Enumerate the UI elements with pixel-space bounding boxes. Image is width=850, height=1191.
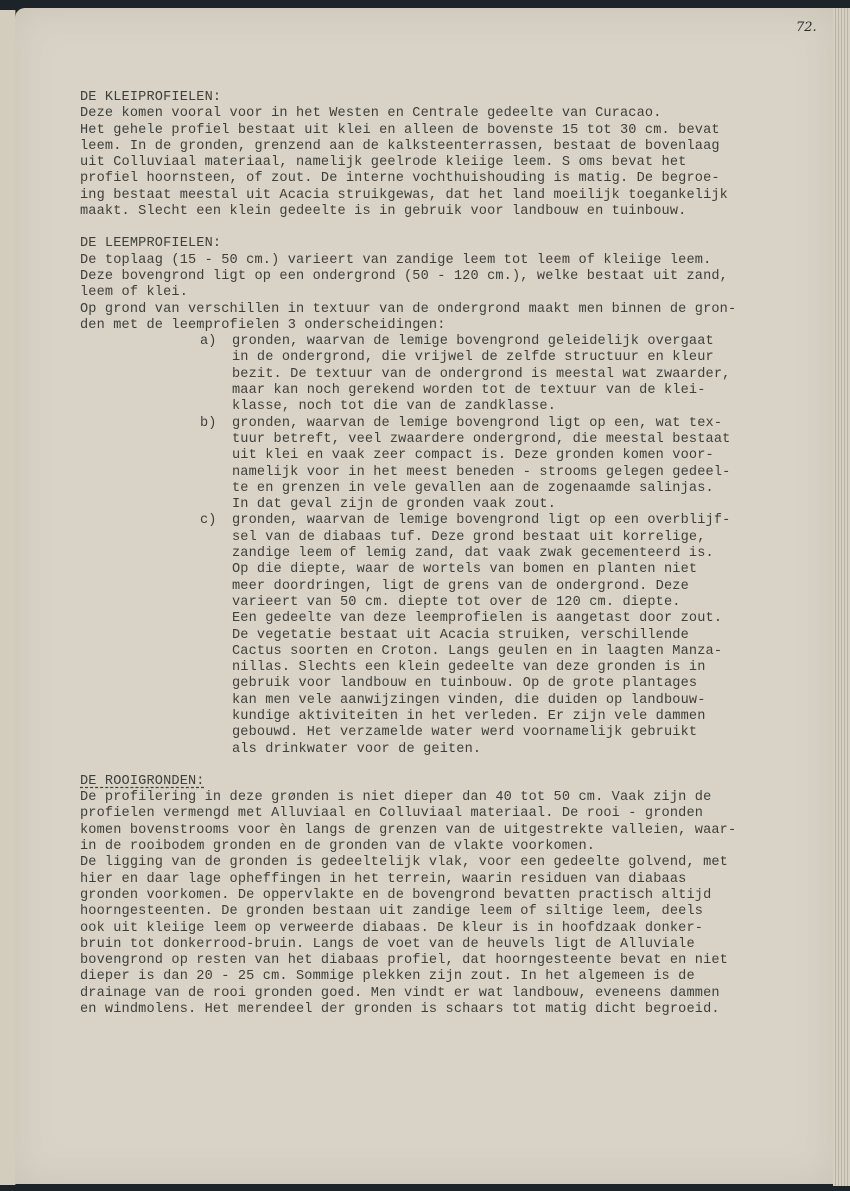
list-item: a) gronden, waarvan de lemige bovengrond… [200, 334, 800, 415]
list-item-text: gronden, waarvan de lemige bovengrond ge… [232, 334, 730, 415]
list-item-text: gronden, waarvan de lemige bovengrond li… [232, 513, 730, 757]
list-item-letter: a) [200, 334, 232, 415]
left-page-edge [0, 10, 16, 1185]
list-item: b) gronden, waarvan de lemige bovengrond… [200, 416, 800, 514]
list-item-letter: b) [200, 416, 232, 514]
list-item-letter: c) [200, 513, 232, 757]
subdivision-list: a) gronden, waarvan de lemige bovengrond… [80, 334, 800, 758]
list-item: c) gronden, waarvan de lemige bovengrond… [200, 513, 800, 757]
section-kleiprofielen: DE KLEIPROFIELEN: Deze komen vooral voor… [80, 90, 800, 220]
list-item-text: gronden, waarvan de lemige bovengrond li… [232, 416, 730, 514]
document-body: DE KLEIPROFIELEN: Deze komen vooral voor… [80, 90, 800, 1034]
section-rooigronden: DE ROOIGRONDEN: De profilering in deze g… [80, 774, 800, 1018]
section-heading: DE KLEIPROFIELEN: [80, 90, 800, 106]
section-heading: DE LEEMPROFIELEN: [80, 236, 800, 252]
section-paragraph: Deze komen vooral voor in het Westen en … [80, 106, 800, 220]
section-heading: DE ROOIGRONDEN: [80, 774, 800, 790]
page-number: 72. [796, 20, 817, 35]
section-leemprofielen: DE LEEMPROFIELEN: De toplaag (15 - 50 cm… [80, 236, 800, 758]
page-stack-edges [833, 8, 850, 1186]
section-paragraph: De toplaag (15 - 50 cm.) varieert van za… [80, 253, 800, 334]
section-paragraph: De profilering in deze grønden is niet d… [80, 790, 800, 1018]
